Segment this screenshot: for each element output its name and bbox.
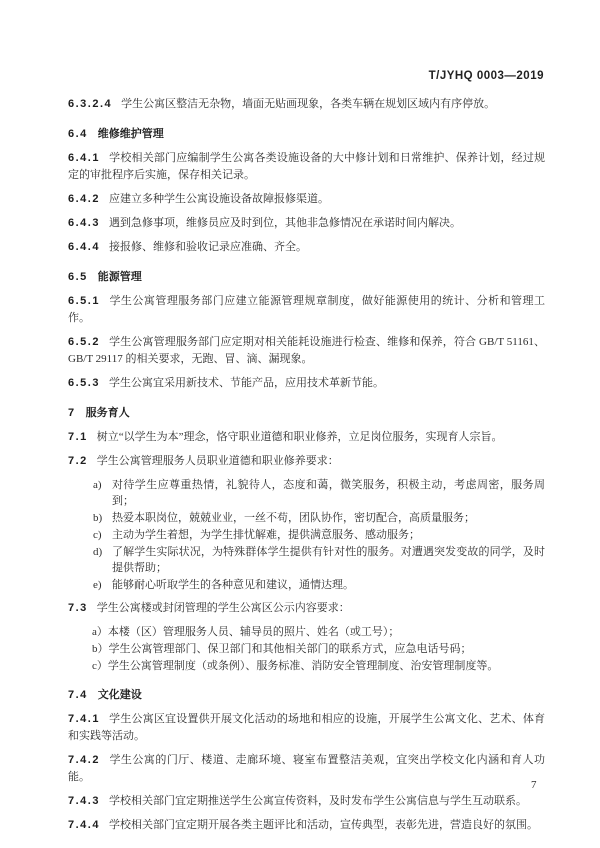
page-number: 7 [531, 779, 537, 791]
document-page: T/JYHQ 0003—2019 6.3.2.4学生公寓区整洁无杂物，墙面无贴画… [0, 0, 600, 848]
list-item-text: 了解学生实际状况，为特殊群体学生提供有针对性的服务。对遭遇突发变故的同学，及时提… [112, 544, 545, 576]
list-item-text: 能够耐心听取学生的各种意见和建议，通情达理。 [112, 577, 545, 593]
standard-code: T/JYHQ 0003—2019 [429, 70, 544, 82]
list-item-text: 对待学生应尊重热情，礼貌待人，态度和蔼，微笑服务，积极主动，考虑周密，服务周到； [112, 477, 545, 509]
list-item-text: 学生公寓管理部门、保卫部门和其他相关部门的联系方式，应急电话号码； [109, 641, 546, 657]
clause-number: 6.4.1 [68, 152, 100, 164]
clause-number: 7.4.1 [68, 713, 100, 725]
clause-6-4-2: 6.4.2应建立多种学生公寓设施设备故障报修渠道。 [68, 191, 545, 208]
list-item-e: e) 能够耐心听取学生的各种意见和建议，通情达理。 [68, 577, 545, 593]
list-item-text: 主动为学生着想，为学生排忧解难，提供满意服务、感动服务； [112, 527, 545, 543]
clause-number: 7.4.3 [68, 795, 100, 807]
list-item-label: c) [93, 527, 112, 543]
clause-number: 7.2 [68, 455, 88, 467]
ethics-list: a) 对待学生应尊重热情，礼貌待人，态度和蔼，微笑服务，积极主动，考虑周密，服务… [68, 477, 545, 593]
clause-7-1: 7.1树立“以学生为本”理念，恪守职业道德和职业修养，立足岗位服务，实现育人宗旨… [68, 429, 545, 446]
list-item-label: a) [93, 477, 112, 509]
document-content: 6.3.2.4学生公寓区整洁无杂物，墙面无贴画现象，各类车辆在规划区域内有序停放… [68, 96, 545, 841]
notice-list: a） 本楼（区）管理服务人员、辅导员的照片、姓名（或工号）； b） 学生公寓管理… [68, 624, 545, 674]
chapter-title: 服务育人 [86, 407, 130, 419]
clause-6-5-3: 6.5.3学生公寓宜采用新技术、节能产品，应用技术革新节能。 [68, 375, 545, 392]
section-number: 6.5 [68, 271, 88, 283]
clause-number: 6.4.4 [68, 241, 100, 253]
section-title: 维修维护管理 [98, 128, 164, 140]
list-item-text: 本楼（区）管理服务人员、辅导员的照片、姓名（或工号）； [108, 624, 545, 640]
clause-text: 学生公寓区整洁无杂物，墙面无贴画现象，各类车辆在规划区域内有序停放。 [121, 98, 495, 110]
clause-6-4-1: 6.4.1学校相关部门应编制学生公寓各类设施设备的大中修计划和日常维护、保养计划… [68, 150, 545, 184]
section-heading-6-4: 6.4维修维护管理 [68, 126, 545, 143]
section-heading-6-5: 6.5能源管理 [68, 269, 545, 286]
section-title: 文化建设 [98, 689, 142, 701]
clause-text: 学生公寓管理服务人员职业道德和职业修养要求： [97, 455, 339, 467]
clause-6-5-2: 6.5.2学生公寓管理服务部门应定期对相关能耗设施进行检查、维修和保养，符合 G… [68, 334, 545, 368]
list-item-d: d) 了解学生实际状况，为特殊群体学生提供有针对性的服务。对遭遇突发变故的同学，… [68, 544, 545, 576]
chapter-heading-7: 7服务育人 [68, 405, 545, 422]
clause-7-2: 7.2学生公寓管理服务人员职业道德和职业修养要求： [68, 453, 545, 470]
clause-6-4-4: 6.4.4接报修、维修和验收记录应准确、齐全。 [68, 239, 545, 256]
section-number: 7.4 [68, 689, 88, 701]
clause-7-4-1: 7.4.1学生公寓区宜设置供开展文化活动的场地和相应的设施，开展学生公寓文化、艺… [68, 711, 545, 745]
clause-7-4-4: 7.4.4学校相关部门宜定期开展各类主题评比和活动，宣传典型，表彰先进，营造良好… [68, 817, 545, 834]
list-item-c: c) 主动为学生着想，为学生排忧解难，提供满意服务、感动服务； [68, 527, 545, 543]
clause-text: 接报修、维修和验收记录应准确、齐全。 [109, 241, 307, 253]
clause-number: 6.5.1 [68, 295, 100, 307]
clause-number: 7.4.2 [68, 754, 100, 766]
section-number: 6.4 [68, 128, 88, 140]
list-item-text: 热爱本职岗位，兢兢业业，一丝不苟，团队协作，密切配合，高质量服务； [112, 510, 545, 526]
clause-number: 7.3 [68, 602, 88, 614]
clause-7-4-3: 7.4.3学校相关部门宜定期推送学生公寓宣传资料，及时发布学生公寓信息与学生互动… [68, 793, 545, 810]
clause-text: 学生公寓的门厅、楼道、走廊环境、寝室布置整洁美观，宜突出学校文化内涵和育人功能。 [68, 754, 545, 783]
clause-text: 应建立多种学生公寓设施设备故障报修渠道。 [109, 193, 329, 205]
clause-number: 6.4.2 [68, 193, 100, 205]
list-item-label: a） [92, 624, 108, 640]
list-item-label: b） [92, 641, 109, 657]
clause-text: 学生公寓管理服务部门应建立能源管理规章制度，做好能源使用的统计、分析和管理工作。 [68, 295, 545, 324]
clause-text: 学生公寓楼或封闭管理的学生公寓区公示内容要求： [97, 602, 350, 614]
list-item-label: c） [92, 658, 108, 674]
list-item-b: b） 学生公寓管理部门、保卫部门和其他相关部门的联系方式，应急电话号码； [68, 641, 545, 657]
clause-6-4-3: 6.4.3遇到急修事项，维修员应及时到位，其他非急修情况在承诺时间内解决。 [68, 215, 545, 232]
clause-text: 学校相关部门宜定期开展各类主题评比和活动，宣传典型，表彰先进，营造良好的氛围。 [109, 819, 538, 831]
clause-text: 学生公寓宜采用新技术、节能产品，应用技术革新节能。 [109, 377, 384, 389]
clause-7-4-2: 7.4.2学生公寓的门厅、楼道、走廊环境、寝室布置整洁美观，宜突出学校文化内涵和… [68, 752, 545, 786]
clause-7-3: 7.3学生公寓楼或封闭管理的学生公寓区公示内容要求： [68, 600, 545, 617]
clause-number: 6.3.2.4 [68, 98, 112, 110]
clause-text: 树立“以学生为本”理念，恪守职业道德和职业修养，立足岗位服务，实现育人宗旨。 [97, 431, 503, 443]
list-item-b: b) 热爱本职岗位，兢兢业业，一丝不苟，团队协作，密切配合，高质量服务； [68, 510, 545, 526]
clause-6-3-2-4: 6.3.2.4学生公寓区整洁无杂物，墙面无贴画现象，各类车辆在规划区域内有序停放… [68, 96, 545, 113]
section-title: 能源管理 [98, 271, 142, 283]
list-item-label: d) [93, 544, 112, 576]
list-item-label: e) [93, 577, 112, 593]
clause-number: 6.5.3 [68, 377, 100, 389]
section-heading-7-4: 7.4文化建设 [68, 687, 545, 704]
list-item-text: 学生公寓管理制度（或条例）、服务标准、消防安全管理制度、治安管理制度等。 [108, 658, 545, 674]
list-item-label: b) [93, 510, 112, 526]
clause-number: 6.4.3 [68, 217, 100, 229]
list-item-a: a) 对待学生应尊重热情，礼貌待人，态度和蔼，微笑服务，积极主动，考虑周密，服务… [68, 477, 545, 509]
clause-text: 遇到急修事项，维修员应及时到位，其他非急修情况在承诺时间内解决。 [109, 217, 461, 229]
clause-6-5-1: 6.5.1学生公寓管理服务部门应建立能源管理规章制度，做好能源使用的统计、分析和… [68, 293, 545, 327]
clause-text: 学校相关部门宜定期推送学生公寓宣传资料，及时发布学生公寓信息与学生互动联系。 [109, 795, 527, 807]
clause-text: 学校相关部门应编制学生公寓各类设施设备的大中修计划和日常维护、保养计划，经过规定… [68, 152, 545, 181]
list-item-a: a） 本楼（区）管理服务人员、辅导员的照片、姓名（或工号）； [68, 624, 545, 640]
clause-text: 学生公寓管理服务部门应定期对相关能耗设施进行检查、维修和保养，符合 GB/T 5… [68, 336, 545, 365]
chapter-number: 7 [68, 407, 76, 419]
clause-text: 学生公寓区宜设置供开展文化活动的场地和相应的设施，开展学生公寓文化、艺术、体育和… [68, 713, 545, 742]
list-item-c: c） 学生公寓管理制度（或条例）、服务标准、消防安全管理制度、治安管理制度等。 [68, 658, 545, 674]
clause-number: 6.5.2 [68, 336, 100, 348]
clause-number: 7.4.4 [68, 819, 100, 831]
clause-number: 7.1 [68, 431, 88, 443]
